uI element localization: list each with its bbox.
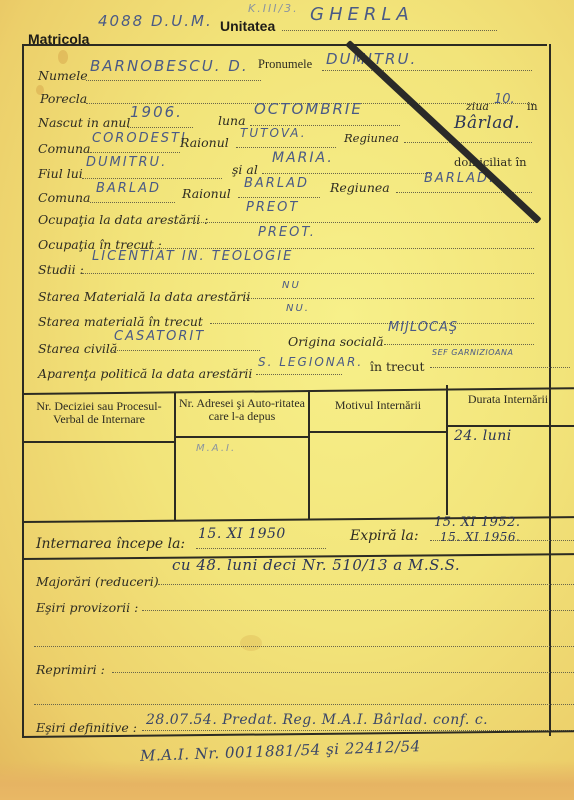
cell-durata: 24. luni <box>454 428 512 444</box>
nascut-line <box>128 127 193 128</box>
fiul-value: DUMITRU. <box>86 155 167 170</box>
expira-value-1: 15. XI 1952. <box>434 515 521 530</box>
dom-comuna-label: Comuna <box>38 190 91 205</box>
dom-comuna-value: BARLAD <box>96 181 161 196</box>
majorari-value: cu 48. luni deci Nr. 510/13 a M.S.S. <box>172 556 460 574</box>
numele-value: BARNOBESCU. D. <box>90 57 249 75</box>
dom-raionul-value: BARLAD <box>244 176 309 191</box>
porecla-label: Porecla <box>40 91 87 106</box>
si-al-line <box>262 173 432 174</box>
th-nr-adresei: Nr. Adresei şi Auto-ritatea care l-a dep… <box>176 397 308 423</box>
stare-mat-trecut-value: NU. <box>286 303 310 314</box>
esiri-prov-label: Eşiri provizorii : <box>36 600 138 615</box>
ziua-label: ziua <box>466 100 489 113</box>
studii-label: Studii : <box>38 262 84 277</box>
ziua-value: 10. <box>494 92 515 107</box>
ocupatia-arest-line <box>174 222 534 223</box>
raionul-line <box>236 147 336 148</box>
nascut-label: Nascut in anul <box>38 115 130 130</box>
regiunea-line <box>404 142 532 143</box>
stare-civila-line <box>110 350 260 351</box>
dom-regiunea-label: Regiunea <box>330 180 390 195</box>
origina-label: Origina socială <box>288 334 384 349</box>
in-label: in <box>527 100 538 113</box>
nascut-an-value: 1906. <box>130 103 183 121</box>
stare-mat-trecut-label: Starea materială în trecut <box>38 314 203 329</box>
birth-place-note: Bârlad. <box>454 113 520 133</box>
raionul-label: Raionul <box>180 135 229 150</box>
studii-value: LICENTIAT IN. TEOLOGIE <box>92 249 293 264</box>
th-nr-deciziei: Nr. Deciziei sau Procesul-Verbal de Inte… <box>24 400 174 426</box>
matricola-value: 4088 D.U.M. <box>98 12 213 30</box>
th-motivul: Motivul Internării <box>310 399 446 412</box>
incepe-line <box>196 548 326 549</box>
stare-mat-arest-value: NU <box>282 280 301 291</box>
ocupatia-arest-label: Ocupaţia la data arestării : <box>38 212 208 227</box>
dom-raionul-label: Raionul <box>182 186 231 201</box>
luna-value: OCTOMBRIE <box>254 100 363 118</box>
majorari-label: Majorări (reduceri) <box>36 574 159 589</box>
dom-raionul-line <box>238 197 320 198</box>
stare-mat-arest-label: Starea Materială la data arestării <box>38 289 250 304</box>
comuna-line <box>90 152 180 153</box>
pronumele-line <box>322 70 532 71</box>
reprimiri-line-2 <box>34 704 574 705</box>
stare-civila-label: Starea civilă <box>38 341 117 356</box>
dom-comuna-line <box>90 202 175 203</box>
numele-label: Numele <box>38 68 88 83</box>
th-durata: Durata Internării <box>448 393 568 406</box>
unitatea-value: GHERLA <box>310 4 414 25</box>
th-underline <box>310 431 446 433</box>
apartenenta-line <box>256 374 342 375</box>
unitatea-label: Unitatea <box>220 18 275 34</box>
pencil-annotation: K.III/3. <box>248 2 299 15</box>
ocupatia-arest-value: PREOT <box>246 200 299 215</box>
incepe-label: Internarea începe la: <box>36 536 185 552</box>
expira-value-2: 15. XI 1956. <box>440 530 520 544</box>
esiri-def-label: Eşiri definitive : <box>36 720 137 735</box>
stare-mat-arest-line <box>246 298 534 299</box>
si-al-value: MARIA. <box>272 150 334 166</box>
origina-value: MIJLOCAŞ <box>388 320 458 335</box>
studii-line <box>82 273 534 274</box>
origina-line <box>384 344 534 345</box>
paper-edge <box>0 760 574 800</box>
raionul-value: TUTOVA. <box>240 126 307 140</box>
apartenenta-value: S. LEGIONAR. <box>258 355 363 369</box>
cell-nr-adresei: M.A.I. <box>196 443 236 454</box>
comuna-value: CORODESTI <box>92 131 187 146</box>
pronumele-label: Pronumele <box>258 57 312 72</box>
fiul-label: Fiul lui <box>38 166 83 181</box>
th-underline <box>448 425 574 427</box>
th-underline <box>22 441 174 443</box>
unitatea-line <box>282 30 497 31</box>
regiunea-label: Regiunea <box>344 131 399 145</box>
esiri-def-value-1: 28.07.54. Predat. Reg. M.A.I. Bârlad. co… <box>146 712 488 728</box>
comuna-label: Comuna <box>38 141 91 156</box>
incepe-value: 15. XI 1950 <box>198 526 286 542</box>
fiul-line <box>82 178 222 179</box>
in-trecut-line <box>430 367 570 368</box>
expira-label: Expiră la: <box>350 528 419 544</box>
th-underline <box>176 436 308 438</box>
ocupatia-trecut-value: PREOT. <box>258 225 316 240</box>
in-trecut-label: în trecut <box>370 359 425 374</box>
reprimiri-line <box>112 672 574 673</box>
majorari-line <box>158 584 574 585</box>
stare-civila-value: CASATORIT <box>114 329 205 344</box>
in-trecut-value: SEF GARNIZIOANA <box>432 348 513 357</box>
numele-line <box>86 80 261 81</box>
apartenenta-label: Aparenţa politică la data arestării <box>38 366 252 381</box>
stare-mat-trecut-line <box>210 323 534 324</box>
esiri-prov-line-2 <box>34 646 574 647</box>
si-al-label: şi al <box>232 162 258 177</box>
esiri-prov-line <box>142 610 574 611</box>
reprimiri-label: Reprimiri : <box>36 662 105 677</box>
